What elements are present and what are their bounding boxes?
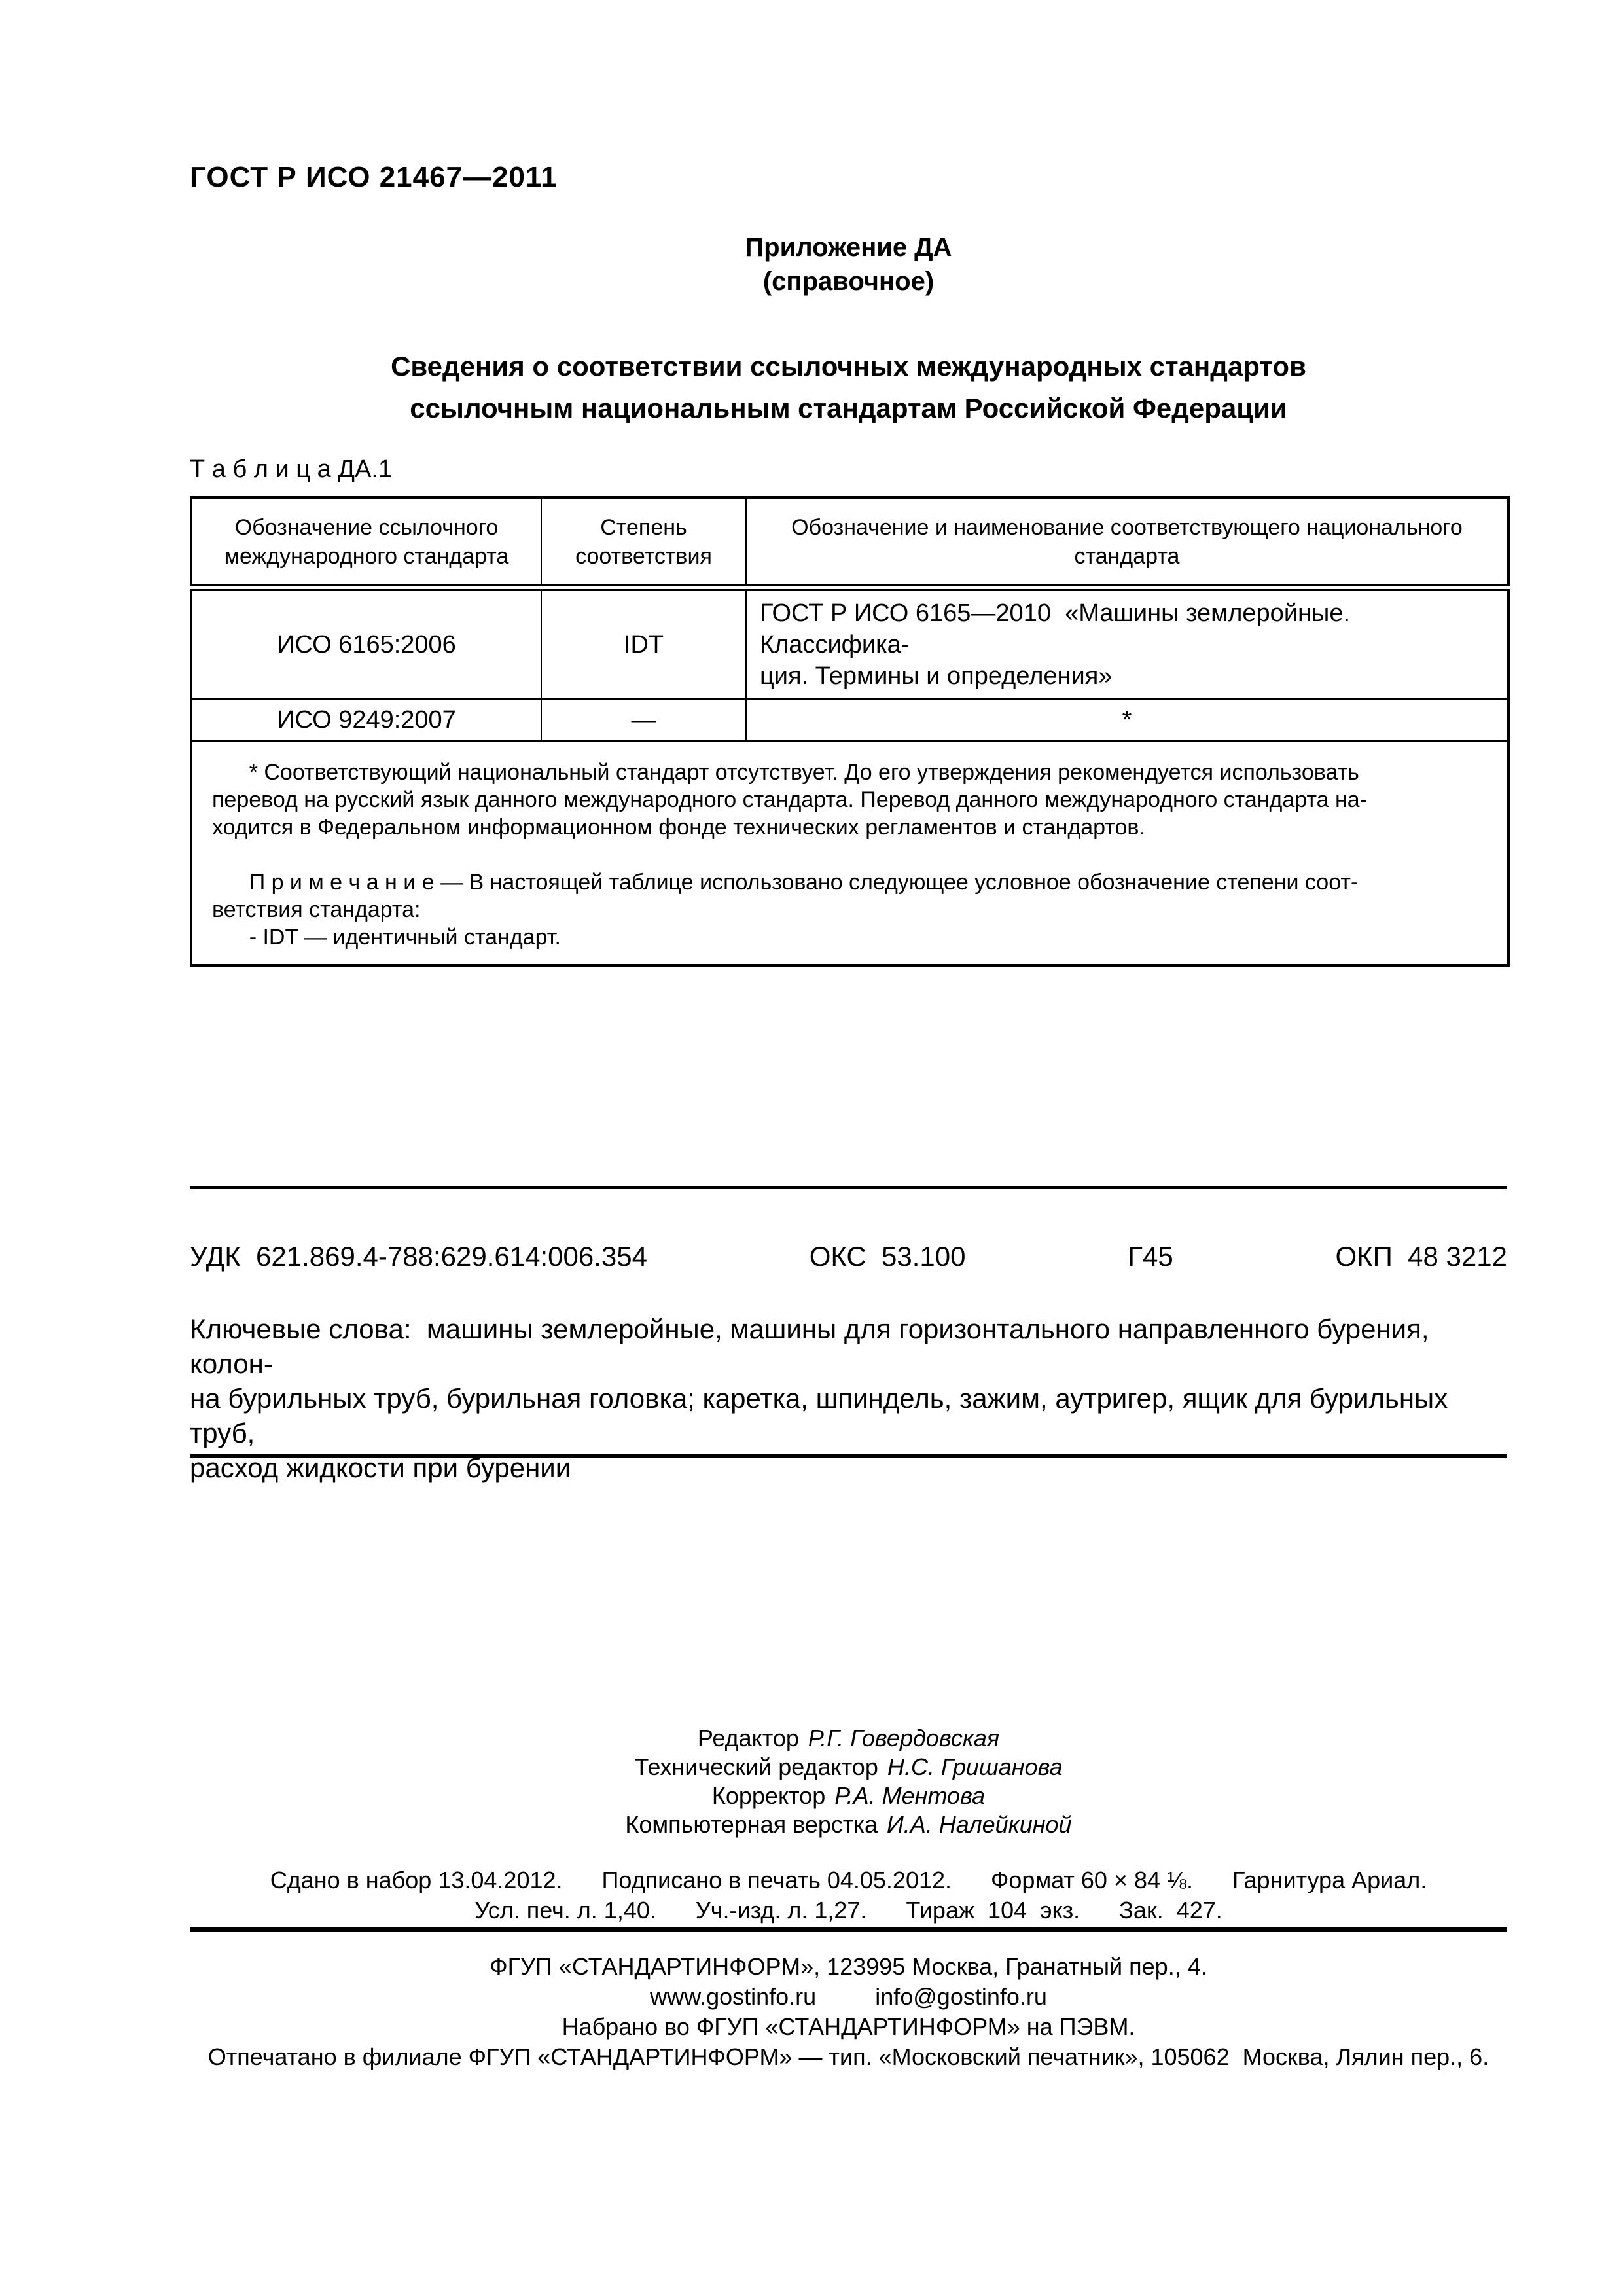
credit-line-editor: РедакторР.Г. Говердовская: [190, 1724, 1507, 1753]
okp-code: ОКП 48 3212: [1336, 1241, 1507, 1272]
publisher-block: ФГУП «СТАНДАРТИНФОРМ», 123995 Москва, Гр…: [190, 1952, 1507, 2072]
table-header-row: Обозначение ссылочного международного ст…: [191, 497, 1508, 588]
document-page: ГОСТ Р ИСО 21467—2011 Приложение ДА (спр…: [0, 0, 1623, 2296]
horizontal-rule-bottom: [190, 1927, 1507, 1932]
table-row: ИСО 6165:2006 IDT ГОСТ Р ИСО 6165—2010 «…: [191, 588, 1508, 699]
doc-number: ГОСТ Р ИСО 21467—2011: [190, 161, 1507, 194]
g-code: Г45: [1128, 1241, 1173, 1272]
table-row: ИСО 9249:2007 — *: [191, 699, 1508, 741]
table-note: П р и м е ч а н и е — В настоящей таблиц…: [212, 869, 1488, 951]
oks-code: ОКС 53.100: [810, 1241, 966, 1272]
udk-code: УДК 621.869.4-788:629.614:006.354: [190, 1241, 647, 1272]
annex-heading: Приложение ДА (справочное): [190, 230, 1507, 298]
keywords-paragraph: Ключевые слова: машины землеройные, маши…: [190, 1312, 1507, 1485]
col-header-national-standard: Обозначение и наименование соответствующ…: [746, 497, 1508, 588]
credits-block: РедакторР.Г. Говердовская Технический ре…: [190, 1724, 1507, 1839]
table-footnote-row: * Соответствующий национальный стандарт …: [191, 741, 1508, 965]
credit-line-technical-editor: Технический редакторН.С. Гришанова: [190, 1753, 1507, 1782]
cell-gost-6165: ГОСТ Р ИСО 6165—2010 «Машины землеройные…: [746, 588, 1508, 699]
cell-iso-6165: ИСО 6165:2006: [191, 588, 541, 699]
imprint-block: Сдано в набор 13.04.2012. Подписано в пе…: [190, 1865, 1507, 1926]
table-da1: Обозначение ссылочного международного ст…: [190, 496, 1510, 967]
col-header-international-standard: Обозначение ссылочного международного ст…: [191, 497, 541, 588]
cell-asterisk: *: [746, 699, 1508, 741]
col-header-degree: Степень соответствия: [541, 497, 746, 588]
cell-dash: —: [541, 699, 746, 741]
horizontal-rule-middle: [190, 1454, 1507, 1458]
cell-iso-9249: ИСО 9249:2007: [191, 699, 541, 741]
table-footnote-cell: * Соответствующий национальный стандарт …: [191, 741, 1508, 965]
classification-line: УДК 621.869.4-788:629.614:006.354 ОКС 53…: [190, 1241, 1507, 1272]
table-da1-wrapper: Обозначение ссылочного международного ст…: [190, 496, 1507, 967]
horizontal-rule-top: [190, 1186, 1507, 1189]
table-caption: Т а б л и ц а ДА.1: [190, 456, 1507, 484]
credit-line-corrector: КорректорР.А. Ментова: [190, 1782, 1507, 1810]
page-title: Сведения о соответствии ссылочных междун…: [190, 346, 1507, 429]
credit-line-layout: Компьютерная версткаИ.А. Налейкиной: [190, 1810, 1507, 1839]
cell-idt: IDT: [541, 588, 746, 699]
table-footnote: * Соответствующий национальный стандарт …: [212, 759, 1488, 841]
